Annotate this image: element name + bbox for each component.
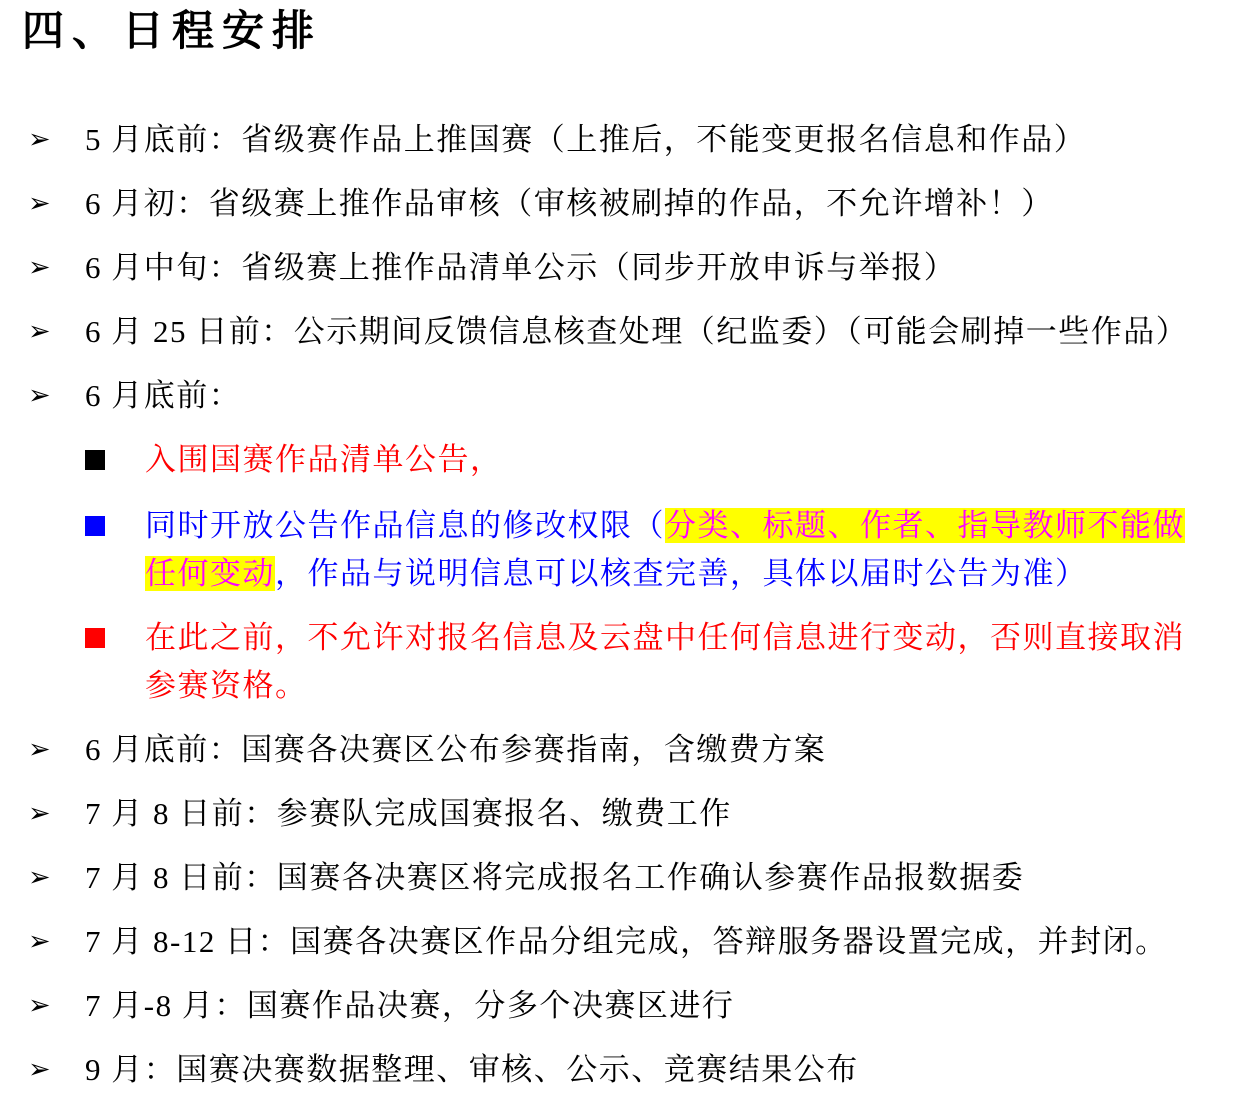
square-bullet-icon (85, 436, 145, 486)
schedule-item: ➢ 7 月 8-12 日：国赛各决赛区作品分组完成，答辩服务器设置完成，并封闭。 (0, 918, 1252, 966)
square-bullet-icon (85, 614, 145, 664)
schedule-sub-item-text: 在此之前，不允许对报名信息及云盘中任何信息进行变动，否则直接取消参赛资格。 (145, 614, 1215, 710)
schedule-item: ➢ 9 月：国赛决赛数据整理、审核、公示、竞赛结果公布 (0, 1046, 1252, 1094)
text-segment: 同时开放公告作品信息的修改权限（ (145, 508, 665, 543)
schedule-item: ➢ 6 月 25 日前：公示期间反馈信息核查处理（纪监委）（可能会刷掉一些作品） (0, 308, 1252, 356)
schedule-sub-item: 入围国赛作品清单公告， (57, 436, 1252, 486)
arrow-bullet-icon: ➢ (28, 308, 85, 356)
text-segment: ，作品与说明信息可以核查完善，具体以届时公告为准） (275, 556, 1088, 591)
schedule-item: ➢ 6 月中旬：省级赛上推作品清单公示（同步开放申诉与举报） (0, 244, 1252, 292)
schedule-item: ➢ 6 月底前： (0, 372, 1252, 420)
schedule-item-text: 6 月初：省级赛上推作品审核（审核被刷掉的作品，不允许增补！） (85, 180, 1215, 228)
schedule-list: ➢ 5 月底前：省级赛作品上推国赛（上推后，不能变更报名信息和作品） ➢ 6 月… (0, 116, 1252, 1094)
schedule-item-text: 6 月底前： (85, 372, 1215, 420)
schedule-item: ➢ 5 月底前：省级赛作品上推国赛（上推后，不能变更报名信息和作品） (0, 116, 1252, 164)
page-title: 四、日程安排 (0, 0, 1252, 56)
schedule-item: ➢ 6 月底前：国赛各决赛区公布参赛指南，含缴费方案 (0, 726, 1252, 774)
arrow-bullet-icon: ➢ (28, 726, 85, 774)
arrow-bullet-icon: ➢ (28, 372, 85, 420)
schedule-item: ➢ 7 月 8 日前：国赛各决赛区将完成报名工作确认参赛作品报数据委 (0, 854, 1252, 902)
schedule-item-text: 7 月-8 月：国赛作品决赛，分多个决赛区进行 (85, 982, 1215, 1030)
arrow-bullet-icon: ➢ (28, 1046, 85, 1094)
schedule-item-text: 7 月 8 日前：国赛各决赛区将完成报名工作确认参赛作品报数据委 (85, 854, 1215, 902)
schedule-item: ➢ 7 月 8 日前：参赛队完成国赛报名、缴费工作 (0, 790, 1252, 838)
schedule-sub-item: 在此之前，不允许对报名信息及云盘中任何信息进行变动，否则直接取消参赛资格。 (57, 614, 1252, 710)
schedule-item-text: 6 月中旬：省级赛上推作品清单公示（同步开放申诉与举报） (85, 244, 1215, 292)
arrow-bullet-icon: ➢ (28, 854, 85, 902)
schedule-item-text: 7 月 8-12 日：国赛各决赛区作品分组完成，答辩服务器设置完成，并封闭。 (85, 918, 1215, 966)
schedule-item-text: 5 月底前：省级赛作品上推国赛（上推后，不能变更报名信息和作品） (85, 116, 1215, 164)
schedule-item-text: 6 月底前：国赛各决赛区公布参赛指南，含缴费方案 (85, 726, 1215, 774)
arrow-bullet-icon: ➢ (28, 918, 85, 966)
schedule-item: ➢ 6 月初：省级赛上推作品审核（审核被刷掉的作品，不允许增补！） (0, 180, 1252, 228)
schedule-item-text: 9 月：国赛决赛数据整理、审核、公示、竞赛结果公布 (85, 1046, 1215, 1094)
arrow-bullet-icon: ➢ (28, 116, 85, 164)
arrow-bullet-icon: ➢ (28, 982, 85, 1030)
schedule-item-text: 6 月 25 日前：公示期间反馈信息核查处理（纪监委）（可能会刷掉一些作品） (85, 308, 1215, 356)
document-page: 四、日程安排 ➢ 5 月底前：省级赛作品上推国赛（上推后，不能变更报名信息和作品… (0, 0, 1252, 1094)
arrow-bullet-icon: ➢ (28, 790, 85, 838)
square-bullet-icon (85, 502, 145, 552)
schedule-sub-item-text: 同时开放公告作品信息的修改权限（分类、标题、作者、指导教师不能做任何变动，作品与… (145, 502, 1215, 598)
schedule-sub-item-text: 入围国赛作品清单公告， (145, 436, 1215, 484)
arrow-bullet-icon: ➢ (28, 244, 85, 292)
schedule-item: ➢ 7 月-8 月：国赛作品决赛，分多个决赛区进行 (0, 982, 1252, 1030)
schedule-item-text: 7 月 8 日前：参赛队完成国赛报名、缴费工作 (85, 790, 1215, 838)
arrow-bullet-icon: ➢ (28, 180, 85, 228)
schedule-sub-item: 同时开放公告作品信息的修改权限（分类、标题、作者、指导教师不能做任何变动，作品与… (57, 502, 1252, 598)
